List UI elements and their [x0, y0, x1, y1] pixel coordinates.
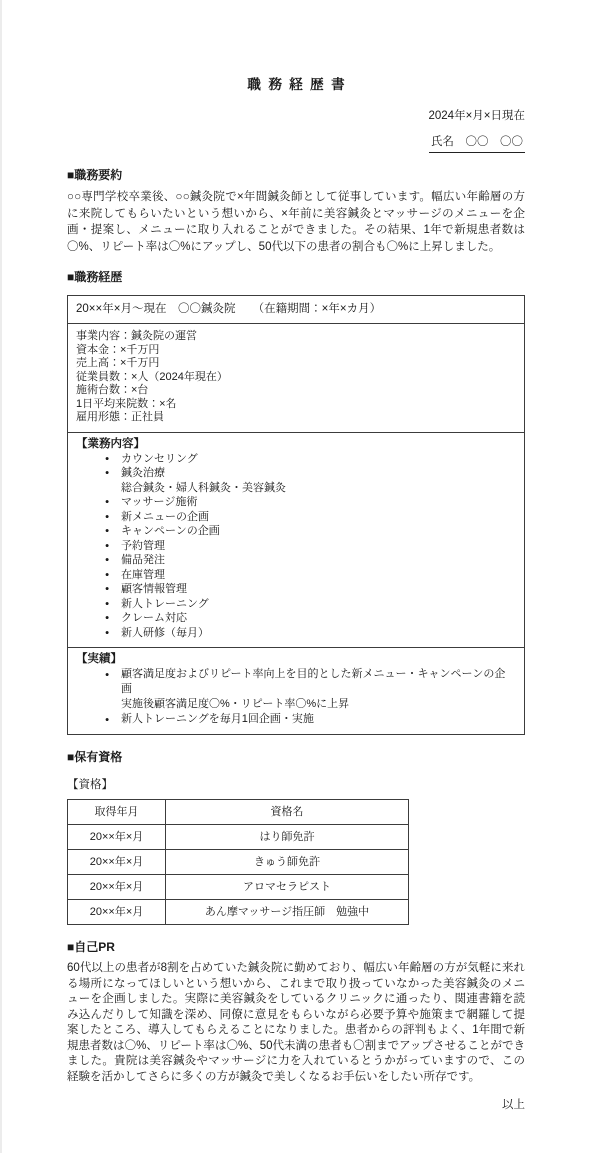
duty-item: ● カウンセリング: [76, 452, 516, 467]
duty-text: クレーム対応: [121, 611, 516, 626]
duty-item-body: 鍼灸治療 総合鍼灸・婦人科鍼灸・美容鍼灸: [121, 466, 516, 495]
qualifications-subheading: 【資格】: [67, 777, 525, 793]
duty-text: 新メニューの企画: [121, 510, 516, 525]
section-heading-pr: ■自己PR: [67, 939, 525, 955]
duty-text: 顧客情報管理: [121, 582, 516, 597]
duty-text: キャンペーンの企画: [121, 524, 516, 539]
company-detail-line: 施術台数：×台: [76, 384, 516, 398]
achievement-subtext: 実施後顧客満足度〇%・リピート率〇%に上昇: [121, 697, 516, 712]
duty-text: 新人トレーニング: [121, 597, 516, 612]
bullet-icon: ●: [105, 626, 121, 641]
column-header-date: 取得年月: [68, 800, 166, 825]
bullet-icon: ●: [105, 612, 121, 627]
duty-text: カウンセリング: [121, 452, 516, 467]
bullet-icon: ●: [105, 467, 121, 496]
name-line: 氏名 〇〇 〇〇: [429, 134, 525, 153]
duty-item-body: カウンセリング: [121, 452, 516, 467]
qualifications-table: 取得年月 資格名 20××年×月 はり師免許 20××年×月 きゅう師免許 20…: [67, 799, 409, 925]
duty-item-body: クレーム対応: [121, 611, 516, 626]
duty-item: ● 予約管理: [76, 539, 516, 554]
career-period-row: 20××年×月～現在 〇〇鍼灸院 （在籍期間：×年×カ月）: [68, 296, 524, 323]
column-header-name: 資格名: [166, 800, 409, 825]
duty-item-body: 新メニューの企画: [121, 510, 516, 525]
duty-item-body: 新人研修（毎月）: [121, 626, 516, 641]
qualification-name: はり師免許: [166, 825, 409, 850]
duty-item-body: マッサージ施術: [121, 495, 516, 510]
duties-list: ● カウンセリング ● 鍼灸治療 総合鍼灸・婦人科鍼灸・美容鍼灸: [76, 452, 516, 641]
resume-page: 職務経歴書 2024年×月×日現在 氏名 〇〇 〇〇 ■職務要約 ○○専門学校卒…: [0, 0, 596, 1153]
duty-item: ● 備品発注: [76, 553, 516, 568]
qualifications-table-head: 取得年月 資格名: [68, 800, 409, 825]
duty-item: ● マッサージ施術: [76, 495, 516, 510]
bullet-icon: ●: [105, 583, 121, 598]
company-detail-line: 事業内容：鍼灸院の運営: [76, 330, 516, 344]
bullet-icon: ●: [105, 496, 121, 511]
qualification-row: 20××年×月 はり師免許: [68, 825, 409, 850]
bullet-icon: ●: [105, 510, 121, 525]
duty-item: ● 鍼灸治療 総合鍼灸・婦人科鍼灸・美容鍼灸: [76, 466, 516, 495]
section-heading-summary: ■職務要約: [67, 167, 525, 183]
qualification-date: 20××年×月: [68, 850, 166, 875]
bullet-icon: ●: [105, 539, 121, 554]
achievement-item: ● 顧客満足度およびリピート率向上を目的とした新メニュー・キャンペーンの企画 実…: [76, 667, 516, 712]
duty-text: 新人研修（毎月）: [121, 626, 516, 641]
duties-block: 【業務内容】 ● カウンセリング ● 鍼灸治療: [68, 432, 524, 648]
company-detail-line: 売上高：×千万円: [76, 357, 516, 371]
duty-text: 予約管理: [121, 539, 516, 554]
company-details: 事業内容：鍼灸院の運営 資本金：×千万円 売上高：×千万円 従業員数：×人（20…: [68, 323, 524, 432]
bullet-icon: ●: [105, 568, 121, 583]
duty-item: ● 新メニューの企画: [76, 510, 516, 525]
achievement-item: ● 新人トレーニングを毎月1回企画・実施: [76, 712, 516, 727]
bullet-icon: ●: [105, 525, 121, 540]
duty-subtext: 総合鍼灸・婦人科鍼灸・美容鍼灸: [121, 481, 516, 496]
company-detail-line: 従業員数：×人（2024年現在）: [76, 371, 516, 385]
qualification-row: 20××年×月 きゅう師免許: [68, 850, 409, 875]
duty-item-body: 備品発注: [121, 553, 516, 568]
qualification-name: アロマセラピスト: [166, 875, 409, 900]
duty-item-body: 顧客情報管理: [121, 582, 516, 597]
duty-item-body: 在庫管理: [121, 568, 516, 583]
section-heading-qualifications: ■保有資格: [67, 749, 525, 765]
duty-item: ● 新人トレーニング: [76, 597, 516, 612]
bullet-icon: ●: [105, 713, 121, 728]
duty-item: ● 在庫管理: [76, 568, 516, 583]
duty-text: 備品発注: [121, 553, 516, 568]
pr-text: 60代以上の患者が8割を占めていた鍼灸院に勤めており、幅広い年齢層の方が気軽に来…: [67, 961, 525, 1085]
company-detail-line: 資本金：×千万円: [76, 344, 516, 358]
achievement-text: 顧客満足度およびリピート率向上を目的とした新メニュー・キャンペーンの企画: [121, 667, 516, 697]
bullet-icon: ●: [105, 668, 121, 713]
duty-item: ● 顧客情報管理: [76, 582, 516, 597]
duty-item-body: キャンペーンの企画: [121, 524, 516, 539]
duties-heading: 【業務内容】: [76, 437, 516, 452]
qualification-name: きゅう師免許: [166, 850, 409, 875]
qualification-row: 20××年×月 あん摩マッサージ指圧師 勉強中: [68, 900, 409, 925]
bullet-icon: ●: [105, 597, 121, 612]
duty-item: ● クレーム対応: [76, 611, 516, 626]
bullet-icon: ●: [105, 452, 121, 467]
career-history-table: 20××年×月～現在 〇〇鍼灸院 （在籍期間：×年×カ月） 事業内容：鍼灸院の運…: [67, 295, 525, 735]
duty-item-body: 予約管理: [121, 539, 516, 554]
qualifications-table-body: 20××年×月 はり師免許 20××年×月 きゅう師免許 20××年×月 アロマ…: [68, 825, 409, 925]
qualification-date: 20××年×月: [68, 825, 166, 850]
achievements-heading: 【実績】: [76, 652, 516, 667]
duty-text: 鍼灸治療: [121, 466, 516, 481]
achievement-item-body: 顧客満足度およびリピート率向上を目的とした新メニュー・キャンペーンの企画 実施後…: [121, 667, 516, 712]
closing-text: 以上: [67, 1097, 525, 1113]
document-title: 職務経歴書: [67, 76, 525, 94]
duty-text: マッサージ施術: [121, 495, 516, 510]
qualifications-header-row: 取得年月 資格名: [68, 800, 409, 825]
qualification-date: 20××年×月: [68, 900, 166, 925]
bullet-icon: ●: [105, 554, 121, 569]
achievement-item-body: 新人トレーニングを毎月1回企画・実施: [121, 712, 516, 727]
achievement-text: 新人トレーニングを毎月1回企画・実施: [121, 712, 516, 727]
company-detail-line: 1日平均来院数：×名: [76, 398, 516, 412]
duty-item: ● キャンペーンの企画: [76, 524, 516, 539]
summary-text: ○○専門学校卒業後、○○鍼灸院で×年間鍼灸師として従事しています。幅広い年齢層の…: [67, 189, 525, 255]
duty-item: ● 新人研修（毎月）: [76, 626, 516, 641]
qualification-name: あん摩マッサージ指圧師 勉強中: [166, 900, 409, 925]
qualification-date: 20××年×月: [68, 875, 166, 900]
qualification-row: 20××年×月 アロマセラピスト: [68, 875, 409, 900]
achievements-block: 【実績】 ● 顧客満足度およびリピート率向上を目的とした新メニュー・キャンペーン…: [68, 647, 524, 734]
duty-text: 在庫管理: [121, 568, 516, 583]
current-date-line: 2024年×月×日現在: [67, 108, 525, 124]
company-detail-line: 雇用形態：正社員: [76, 411, 516, 425]
duty-item-body: 新人トレーニング: [121, 597, 516, 612]
name-line-wrap: 氏名 〇〇 〇〇: [67, 132, 525, 153]
achievements-list: ● 顧客満足度およびリピート率向上を目的とした新メニュー・キャンペーンの企画 実…: [76, 667, 516, 727]
section-heading-career: ■職務経歴: [67, 269, 525, 285]
